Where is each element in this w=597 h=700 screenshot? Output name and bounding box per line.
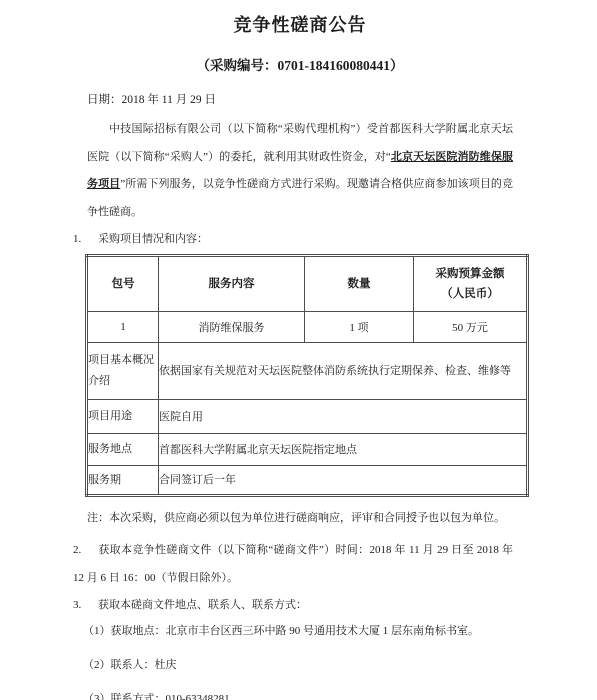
header-service-content: 服务内容 [159, 256, 305, 312]
table-row: 项目基本概况介绍 依据国家有关规范对天坛医院整体消防系统执行定期保养、检查、维修… [87, 343, 528, 400]
sub-item-contact-phone: （3）联系方式：010-63348281 [83, 691, 513, 700]
page-title: 竞争性磋商公告 [87, 14, 513, 36]
table-row: 1 消防维保服务 1 项 50 万元 [87, 312, 528, 343]
list-item-3: 3.获取本磋商文件地点、联系人、联系方式： [73, 592, 513, 620]
list-item-1-text: 采购项目情况和内容： [98, 233, 208, 245]
sub-item-location: （1）获取地点：北京市丰台区西三环中路 90 号通用技术大厦 1 层东南角标书室… [83, 623, 513, 640]
document-page: 竞争性磋商公告 （采购编号：0701-184160080441） 日期：2018… [0, 0, 597, 700]
table-row: 服务地点 首都医科大学附属北京天坛医院指定地点 [87, 434, 528, 466]
list-item-2: 2.获取本竞争性磋商文件（以下简称“磋商文件”）时间：2018 年 11 月 2… [73, 537, 513, 592]
list-item-2-text: 获取本竞争性磋商文件（以下简称“磋商文件”）时间：2018 年 11 月 29 … [73, 544, 513, 584]
cell-package-number: 1 [87, 312, 159, 343]
info-value-location: 首都医科大学附属北京天坛医院指定地点 [159, 434, 528, 466]
info-label-location: 服务地点 [87, 434, 159, 466]
list-item-1-number: 1. [73, 229, 98, 249]
list-item-3-text: 获取本磋商文件地点、联系人、联系方式： [98, 599, 307, 611]
header-budget-line1: 采购预算金额 [414, 264, 526, 284]
info-value-usage: 医院自用 [159, 400, 528, 434]
note-line: 注：本次采购，供应商必须以包为单位进行磋商响应，评审和合同授予也以包为单位。 [87, 510, 513, 527]
intro-paragraph: 中技国际招标有限公司（以下简称“采购代理机构”）受首都医科大学附属北京天坛医院（… [87, 116, 513, 226]
table-header-row: 包号 服务内容 数量 采购预算金额 （人民币） [87, 256, 528, 312]
header-budget-line2: （人民币） [414, 284, 526, 304]
procurement-table: 包号 服务内容 数量 采购预算金额 （人民币） 1 消防维保服务 1 项 50 … [85, 254, 529, 497]
header-quantity: 数量 [305, 256, 414, 312]
cell-budget: 50 万元 [414, 312, 528, 343]
list-item-2-number: 2. [73, 537, 98, 565]
info-value-overview: 依据国家有关规范对天坛医院整体消防系统执行定期保养、检查、维修等 [159, 343, 528, 400]
header-budget: 采购预算金额 （人民币） [414, 256, 528, 312]
cell-quantity: 1 项 [305, 312, 414, 343]
date-line: 日期：2018 年 11 月 29 日 [87, 92, 513, 108]
cell-service-content: 消防维保服务 [159, 312, 305, 343]
info-value-period: 合同签订后一年 [159, 466, 528, 496]
header-package-number: 包号 [87, 256, 159, 312]
table-row: 项目用途 医院自用 [87, 400, 528, 434]
info-label-usage: 项目用途 [87, 400, 159, 434]
procurement-number: （采购编号：0701-184160080441） [87, 57, 513, 75]
sub-item-contact-person: （2）联系人：杜庆 [83, 657, 513, 674]
info-label-period: 服务期 [87, 466, 159, 496]
list-item-3-number: 3. [73, 592, 98, 620]
info-label-overview: 项目基本概况介绍 [87, 343, 159, 400]
intro-text-after: ”所需下列服务，以竞争性磋商方式进行采购。现邀请合格供应商参加该项目的竞争性磋商… [87, 178, 513, 218]
list-item-1: 1.采购项目情况和内容： [73, 229, 513, 249]
table-row: 服务期 合同签订后一年 [87, 466, 528, 496]
